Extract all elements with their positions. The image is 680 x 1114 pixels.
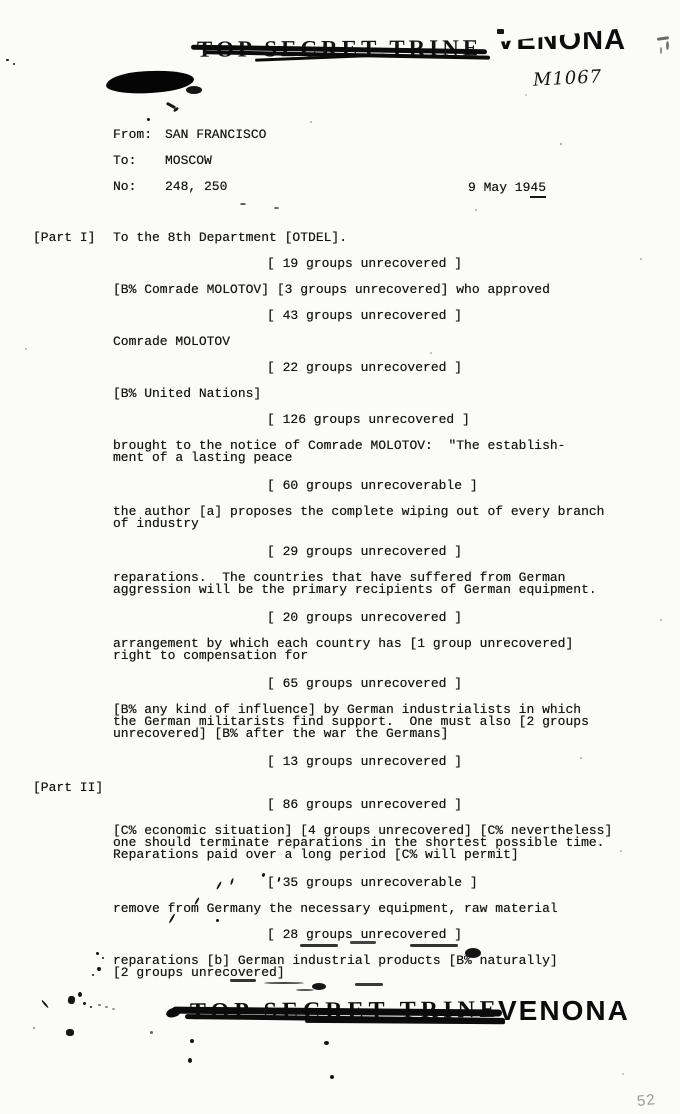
text-line: brought to the notice of Comrade MOLOTOV… [113,438,565,465]
ink-smudge [350,941,376,944]
body-text-block: brought to the notice of Comrade MOLOTOV… [113,440,673,464]
text-line: remove from Germany the necessary equipm… [113,901,558,916]
text-line: [ 126 groups unrecovered ] [267,412,470,427]
ink-speck [112,1008,115,1010]
document-body: [Part I]To the 8th Department [OTDEL].[ … [113,232,673,995]
ink-speck [666,41,669,50]
text-line: reparations. The countries that have suf… [113,570,597,597]
unrecovered-groups-line: [ 86 groups unrecovered ] [267,799,673,811]
from-value: SAN FRANCISCO [165,127,266,142]
ink-speck [96,952,99,955]
body-text-block: [Part I]To the 8th Department [OTDEL]. [113,232,673,244]
ink-speck [6,59,9,61]
date-underlined-digits: 45 [530,180,546,198]
message-date: 9 May 1945 [468,181,546,194]
text-line: [C% economic situation] [4 groups unreco… [113,823,612,862]
text-line: Comrade MOLOTOV [113,334,230,349]
strikethrough-mark [165,1006,181,1019]
ink-smudge [296,989,314,991]
unrecovered-groups-line: [ 13 groups unrecovered ] [267,756,673,768]
ink-speck [66,1029,74,1036]
ink-speck [78,992,82,997]
body-text-block: [C% economic situation] [4 groups unreco… [113,825,673,861]
body-text-block: remove from Germany the necessary equipm… [113,903,673,915]
ink-smudge [230,979,256,982]
ink-speck [98,1004,101,1006]
text-line: [ 20 groups unrecovered ] [267,610,462,625]
text-line: [ 35 groups unrecoverable ] [267,875,478,890]
ink-speck [274,207,279,209]
ink-smudge [264,982,304,984]
ink-speck [188,1058,192,1063]
from-label: From: [113,128,165,141]
unrecovered-groups-line: [ 29 groups unrecovered ] [267,546,673,558]
dust-dot [475,209,477,211]
unrecovered-groups-line: [ 22 groups unrecovered ] [267,362,673,374]
ink-speck [97,967,101,971]
text-line: [ 22 groups unrecovered ] [267,360,462,375]
unrecovered-groups-line: [ 43 groups unrecovered ] [267,310,673,322]
dust-dot [640,258,642,260]
dust-dot [580,757,582,759]
body-text-block: reparations. The countries that have suf… [113,572,673,596]
dust-dot [25,348,27,350]
text-line: [ 86 groups unrecovered ] [267,797,462,812]
dust-dot [622,1073,624,1075]
unrecovered-groups-line: [ 19 groups unrecovered ] [267,258,673,270]
dust-dot [310,121,312,123]
body-text-block: the author [a] proposes the complete wip… [113,506,673,530]
to-value: MOSCOW [165,153,212,168]
body-text-block: arrangement by which each country has [1… [113,638,673,662]
ink-smudge [410,944,458,947]
ink-speck [90,1006,92,1008]
text-line: [ 43 groups unrecovered ] [267,308,462,323]
text-line: [ 28 groups unrecovered ] [267,927,462,942]
ink-speck [312,983,326,990]
unrecovered-groups-line: [ 20 groups unrecovered ] [267,612,673,624]
text-line: [B% any kind of influence] by German ind… [113,702,589,741]
dust-dot [620,850,622,852]
ink-speck [150,1031,153,1034]
text-line: [ 60 groups unrecoverable ] [267,478,478,493]
text-line: arrangement by which each country has [1… [113,636,573,663]
date-text: 9 May 19 [468,180,530,195]
ink-smudge [355,983,383,986]
ink-speck [660,47,662,54]
ink-speck [216,919,219,922]
ink-smudge [300,944,338,947]
to-label: To: [113,154,165,167]
unrecovered-groups-line: [ 65 groups unrecovered ] [267,678,673,690]
no-label: No: [113,180,165,193]
text-line: [ 29 groups unrecovered ] [267,544,462,559]
classification-header: TOP SECRET TRINE [197,35,482,62]
dust-dot [430,352,432,354]
unrecovered-groups-line: [ 60 groups unrecoverable ] [267,480,673,492]
meta-row-to: To:MOSCOW [113,154,653,167]
ink-speck [33,1027,35,1029]
text-line: [ 19 groups unrecovered ] [267,256,462,271]
body-text-block: [B% Comrade MOLOTOV] [3 groups unrecover… [113,284,673,296]
part-label-line: [Part II] [33,782,673,794]
dust-dot [525,94,527,96]
no-value: 248, 250 [165,179,227,194]
ink-speck [497,29,504,34]
body-text-block: [B% any kind of influence] by German ind… [113,704,673,740]
meta-row-from: From:SAN FRANCISCO [113,128,653,141]
ink-speck [92,974,94,976]
ink-speck [67,995,75,1004]
ink-speck [147,118,150,121]
text-line: the author [a] proposes the complete wip… [113,504,604,531]
body-text-block: [B% United Nations] [113,388,673,400]
text-line: [ 65 groups unrecovered ] [267,676,462,691]
dust-dot [560,143,562,145]
ink-speck [13,63,15,65]
redaction-mark [105,69,194,96]
body-text-block: reparations [b] German industrial produc… [113,955,673,979]
ink-speck [83,1002,86,1005]
unrecovered-groups-line: [ 28 groups unrecovered ] [267,929,673,941]
body-text-block: Comrade MOLOTOV [113,336,673,348]
ink-speck [240,203,246,205]
text-line: reparations [b] German industrial produc… [113,953,558,980]
text-line: [B% Comrade MOLOTOV] [3 groups unrecover… [113,282,550,297]
ink-speck [330,1075,334,1079]
document-page: TOP SECRET TRINE VENONA M1067 From:SAN F… [0,0,680,1114]
venona-stamp-top: VENONA [496,24,626,57]
ink-speck [465,948,481,958]
message-metadata: From:SAN FRANCISCO To:MOSCOW No:248, 250… [113,128,653,206]
text-line: [Part II] [33,780,103,795]
text-line: To the 8th Department [OTDEL]. [113,230,347,245]
redaction-mark [186,86,202,94]
page-number: 52 [636,1091,656,1110]
ink-speck [190,1039,194,1043]
text-line: [ 13 groups unrecovered ] [267,754,462,769]
text-line: [B% United Nations] [113,386,261,401]
ink-speck [102,957,104,959]
ink-speck [41,1000,49,1009]
unrecovered-groups-line: [ 35 groups unrecoverable ] [267,877,673,889]
dust-dot [660,619,662,621]
classification-footer: TOP SECRET TRINE [190,997,501,1026]
unrecovered-groups-line: [ 126 groups unrecovered ] [267,414,673,426]
meta-row-no: No:248, 250 [113,180,653,193]
ink-speck [324,1041,329,1045]
ink-speck [105,1006,108,1008]
venona-stamp-bottom: VENONA [498,995,630,1027]
handwritten-id: M1067 [532,66,602,91]
part-label: [Part I] [33,232,95,244]
